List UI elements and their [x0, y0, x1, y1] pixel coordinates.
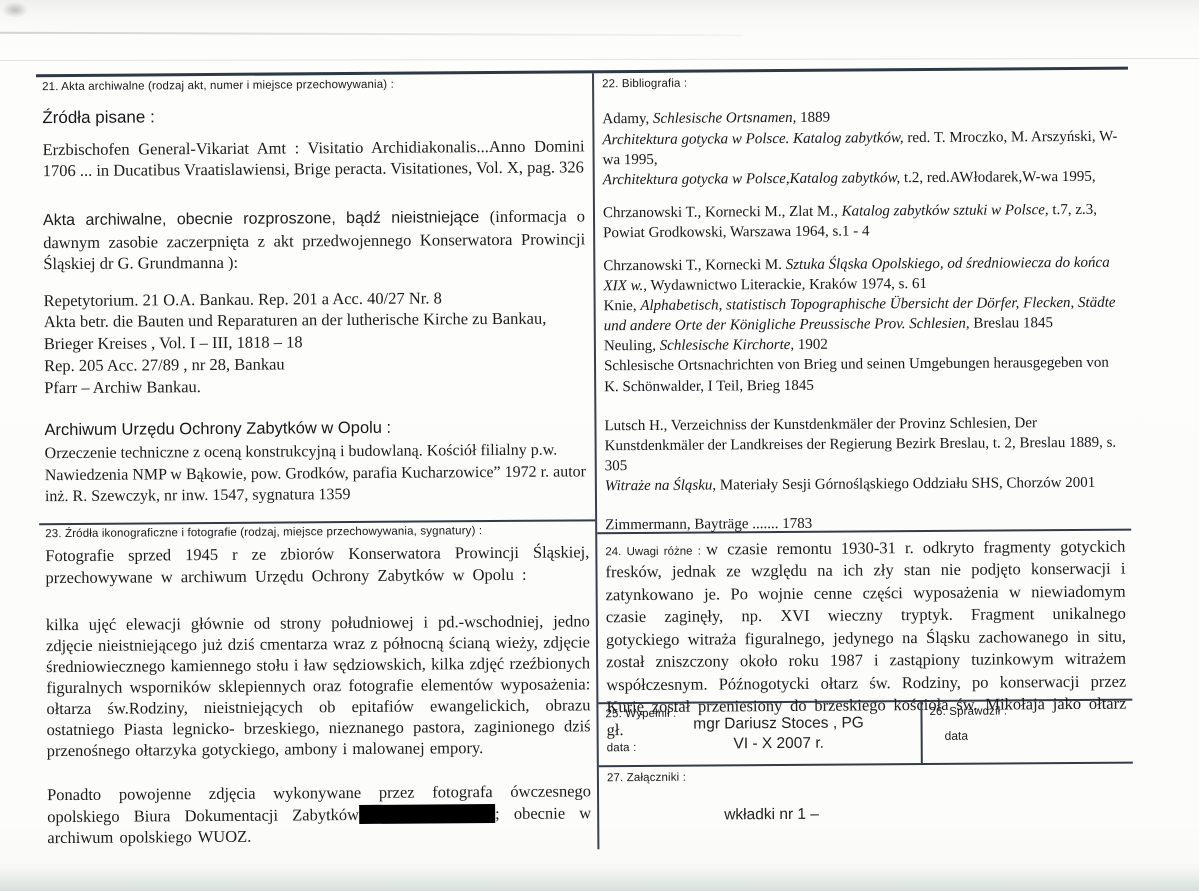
bibliography-entry: Schlesische Ortsnachrichten von Brieg un… [604, 353, 1124, 397]
bibliography-entry: Architektura gotycka w Polsce,Katalog za… [603, 166, 1123, 190]
postwar-photos-text: Ponadto powojenne zdjęcia wykonywane prz… [47, 781, 591, 849]
scan-crease-line [0, 32, 743, 37]
dispersed-records-heading: Akta archiwalne, obecnie rozproszone, bą… [43, 205, 585, 274]
section-23-label: 23. Źródła ikonograficzne i fotografie (… [45, 524, 589, 540]
section-24-label: 24. Uwagi różne : [605, 546, 706, 559]
section-21-akta-archiwalne: 21. Akta archiwalne (rodzaj akt, numer i… [36, 73, 595, 525]
bibliography-entry: Witraże na Śląsku, Materiały Sesji Górno… [605, 473, 1125, 497]
monument-record-form: 21. Akta archiwalne (rodzaj akt, numer i… [36, 67, 1133, 854]
dispersed-heading-sans-part: Akta archiwalne, obecnie rozproszone, bą… [43, 209, 490, 229]
bibliography-entry: Chrzanowski T., Kornecki M. Sztuka Śląsk… [603, 253, 1123, 297]
scan-crease-line [0, 58, 1199, 61]
archive-reference-list: Repetytorium. 21 O.A. Bankau. Rep. 201 a… [44, 286, 587, 399]
scan-edge-shadow [0, 867, 1199, 891]
section-25-wypelnil: 25. Wypełnił : mgr Dariusz Stoces , PG V… [598, 702, 922, 765]
bibliography-entry: Lutsch H., Verzeichniss der Kunstdenkmäl… [604, 412, 1124, 476]
signature-row: 25. Wypełnił : mgr Dariusz Stoces , PG V… [598, 701, 1132, 768]
written-sources-heading: Źródła pisane : [42, 104, 584, 128]
right-column: 22. Bibliografia : Adamy, Schlesische Or… [594, 70, 1133, 850]
photos-description-text: kilka ujęć elewacji głównie od strony po… [46, 610, 591, 762]
section-27-label: 27. Załączniki : [607, 772, 686, 785]
bibliography-entry: Knie, Alphabetisch, statistisch Topograp… [604, 293, 1124, 337]
scan-smudge [2, 2, 28, 18]
left-column: 21. Akta archiwalne (rodzaj akt, numer i… [36, 73, 597, 853]
section-26-sprawdzil: 26. Sprawdził : data [922, 701, 1132, 763]
date-field-label: data [945, 729, 968, 743]
redaction-bar [359, 804, 495, 824]
section-21-label: 21. Akta archiwalne (rodzaj akt, numer i… [42, 77, 584, 93]
bibliography-entry: Chrzanowski T., Kornecki M., Zlat M., Ka… [603, 199, 1123, 243]
section-22-bibliografia: 22. Bibliografia : Adamy, Schlesische Or… [594, 70, 1131, 535]
compilation-date: VI - X 2007 r. [654, 734, 904, 754]
date-field-label: data : [607, 742, 637, 754]
compiler-name: mgr Dariusz Stoces , PG [653, 714, 903, 734]
opole-archive-text: Orzeczenie techniczne z oceną konstrukcy… [45, 440, 587, 508]
section-22-label: 22. Bibliografia : [602, 74, 1122, 93]
section-24-uwagi-rozne: 24. Uwagi różne : w czasie remontu 1930-… [597, 531, 1132, 705]
attachments-value: wkładki nr 1 – [724, 806, 819, 825]
bibliography-entry: Architektura gotycka w Polsce. Katalog z… [602, 126, 1122, 170]
archive-reference-line: Akta betr. die Bauten und Reparaturen an… [44, 308, 586, 355]
section-23-zrodla-ikonograficzne: 23. Źródła ikonograficzne i fotografie (… [39, 521, 597, 848]
opole-archive-heading: Archiwum Urzędu Ochrony Zabytków w Opolu… [44, 418, 586, 441]
photos-intro-text: Fotografie sprzed 1945 r ze zbiorów Kons… [45, 541, 589, 588]
written-sources-text: Erzbischofen General-Vikariat Amt : Visi… [42, 135, 584, 182]
section-26-label: 26. Sprawdził : [929, 705, 1007, 718]
section-27-zalaczniki: 27. Załączniki : wkładki nr 1 – [599, 764, 1134, 848]
archive-reference-line: Pfarr – Archiw Bankau. [44, 373, 586, 399]
